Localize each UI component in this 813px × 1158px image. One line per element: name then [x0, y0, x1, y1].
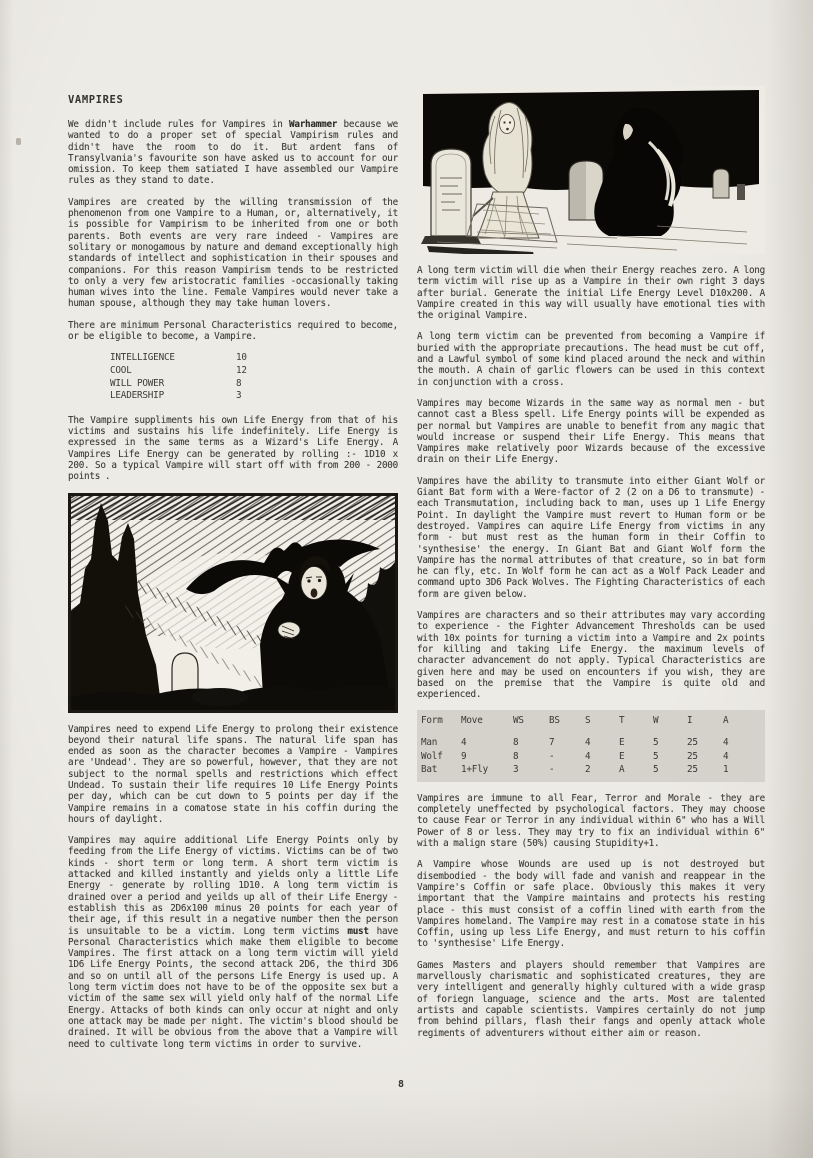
right-column: A long term victim will die when their E… [417, 86, 765, 1049]
paragraph-immunities: Vampires are immune to all Fear, Terror … [417, 793, 765, 849]
characteristic-label: INTELLIGENCE [110, 352, 236, 365]
table-row: Bat 1+Fly 3 - 2 A 5 25 1 [417, 763, 765, 782]
victims-post: have Personal Characteristics which make… [68, 926, 398, 1050]
table-cell: 4 [581, 736, 615, 750]
table-row: Man 4 8 7 4 E 5 25 4 [417, 736, 765, 750]
paragraph-advancement: Vampires are characters and so their att… [417, 610, 765, 700]
graveyard-vampires-illustration [417, 86, 765, 254]
left-column: VAMPIRES We didn't include rules for Vam… [68, 94, 398, 1060]
table-cell: E [615, 750, 649, 764]
characteristic-value: 8 [236, 378, 241, 389]
table-cell: 1 [719, 763, 765, 782]
paragraph-prevention: A long term victim can be prevented from… [417, 331, 765, 387]
victims-pre: Vampires may aquire additional Life Ener… [68, 835, 398, 936]
table-cell: 4 [719, 736, 765, 750]
table-cell: A [615, 763, 649, 782]
page-number: 8 [398, 1079, 404, 1090]
characteristic-row: WILL POWER8 [110, 378, 398, 391]
table-cell: 25 [683, 736, 719, 750]
table-cell: Man [417, 736, 457, 750]
paragraph-disembodied: A Vampire whose Wounds are used up is no… [417, 859, 765, 949]
table-header-cell: W [649, 710, 683, 736]
paragraph-minimum-characteristics: There are minimum Personal Characteristi… [68, 320, 398, 343]
table-cell: 4 [581, 750, 615, 764]
characteristic-row: INTELLIGENCE10 [110, 352, 398, 365]
page-title: VAMPIRES [68, 94, 398, 106]
table-row: Wolf 9 8 - 4 E 5 25 4 [417, 750, 765, 764]
paragraph-creation: Vampires are created by the willing tran… [68, 197, 398, 310]
table-header-cell: S [581, 710, 615, 736]
vampire-bat-castle-illustration [68, 493, 398, 713]
characteristic-row: LEADERSHIP3 [110, 390, 398, 403]
table-cell: 5 [649, 736, 683, 750]
table-cell: 3 [509, 763, 545, 782]
characteristic-value: 12 [236, 365, 247, 376]
table-header-cell: Move [457, 710, 509, 736]
table-cell: 4 [457, 736, 509, 750]
scan-speck [16, 138, 21, 145]
table-header-row: Form Move WS BS S T W I A [417, 710, 765, 736]
paragraph-intro: We didn't include rules for Vampires in … [68, 119, 398, 187]
table-cell: 9 [457, 750, 509, 764]
scanned-book-page: { "title": "VAMPIRES", "page_number": "8… [0, 0, 813, 1158]
paragraph-victims: Vampires may aquire additional Life Ener… [68, 835, 398, 1050]
characteristic-label: COOL [110, 365, 236, 378]
table-cell: 2 [581, 763, 615, 782]
intro-pre: We didn't include rules for Vampires in [68, 119, 289, 130]
table-cell: - [545, 750, 581, 764]
characteristic-value: 3 [236, 390, 241, 401]
table-header-cell: I [683, 710, 719, 736]
table-cell: Bat [417, 763, 457, 782]
characteristic-value: 10 [236, 352, 247, 363]
table-cell: 7 [545, 736, 581, 750]
paragraph-victim-death: A long term victim will die when their E… [417, 265, 765, 321]
table-cell: E [615, 736, 649, 750]
characteristic-label: WILL POWER [110, 378, 236, 391]
table-cell: 5 [649, 763, 683, 782]
table-header-cell: BS [545, 710, 581, 736]
table-cell: 1+Fly [457, 763, 509, 782]
characteristics-list: INTELLIGENCE10 COOL12 WILL POWER8 LEADER… [110, 352, 398, 402]
table-cell: Wolf [417, 750, 457, 764]
paragraph-roleplay-note: Games Masters and players should remembe… [417, 960, 765, 1039]
table-cell: 25 [683, 763, 719, 782]
table-cell: 8 [509, 736, 545, 750]
paragraph-life-energy: The Vampire suppliments his own Life Ene… [68, 415, 398, 483]
table-header-cell: A [719, 710, 765, 736]
table-header-cell: Form [417, 710, 457, 736]
characteristic-row: COOL12 [110, 365, 398, 378]
characteristic-label: LEADERSHIP [110, 390, 236, 403]
fighting-characteristics-table: Form Move WS BS S T W I A Man 4 8 7 4 E … [417, 710, 765, 782]
table-cell: 25 [683, 750, 719, 764]
table-header-cell: T [615, 710, 649, 736]
table-cell: 5 [649, 750, 683, 764]
paragraph-wizards: Vampires may become Wizards in the same … [417, 398, 765, 466]
table-cell: 8 [509, 750, 545, 764]
warhammer-bold: Warhammer [289, 119, 337, 130]
table-header-cell: WS [509, 710, 545, 736]
paragraph-undead: Vampires need to expend Life Energy to p… [68, 724, 398, 826]
paragraph-transmutation: Vampires have the ability to transmute i… [417, 476, 765, 600]
must-bold: must [347, 926, 368, 937]
table-cell: - [545, 763, 581, 782]
table-cell: 4 [719, 750, 765, 764]
